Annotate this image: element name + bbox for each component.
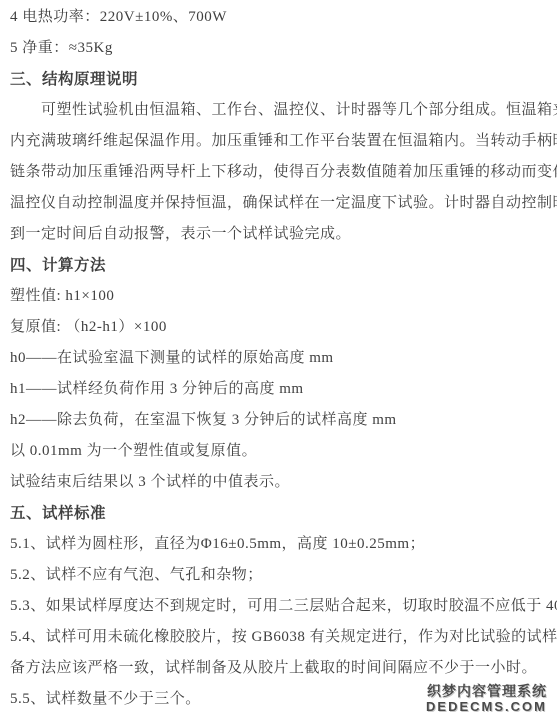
- document-page: 4 电热功率：220V±10%、700W 5 净重：≈35Kg 三、结构原理说明…: [0, 0, 557, 722]
- sample-standard-5-2: 5.2、试样不应有气泡、气孔和杂物；: [10, 560, 549, 591]
- note-result-median: 试验结束后结果以 3 个试样的中值表示。: [10, 467, 549, 498]
- spec-item-power: 4 电热功率：220V±10%、700W: [10, 2, 549, 33]
- dedecms-watermark: 织梦内容管理系统 DEDECMS.COM: [426, 684, 547, 714]
- definition-h2: h2——除去负荷，在室温下恢复 3 分钟后的试样高度 mm: [10, 405, 549, 436]
- sample-standard-5-3: 5.3、如果试样厚度达不到规定时，可用二三层贴合起来，切取时胶温不应低于 40℃…: [10, 591, 549, 622]
- watermark-domain-text: DEDECMS.COM: [426, 699, 547, 714]
- section-3-paragraph-line: 可塑性试验机由恒温箱、工作台、温控仪、计时器等几个部分组成。恒温箱夹层: [10, 95, 549, 126]
- section-5-heading: 五、试样标准: [10, 498, 549, 529]
- note-unit-value: 以 0.01mm 为一个塑性值或复原值。: [10, 436, 549, 467]
- sample-standard-5-4: 5.4、试样可用未硫化橡胶胶片，按 GB6038 有关规定进行，作为对比试验的试…: [10, 622, 549, 653]
- section-3-paragraph-line: 温控仪自动控制温度并保持恒温，确保试样在一定温度下试验。计时器自动控制时间: [10, 188, 549, 219]
- definition-h1: h1——试样经负荷作用 3 分钟后的高度 mm: [10, 374, 549, 405]
- formula-plasticity-value: 塑性值: h1×100: [10, 281, 549, 312]
- watermark-chinese-text: 织梦内容管理系统: [426, 684, 547, 699]
- spec-item-weight: 5 净重：≈35Kg: [10, 33, 549, 64]
- section-4-heading: 四、计算方法: [10, 250, 549, 281]
- formula-recovery-value: 复原值: （h2-h1）×100: [10, 312, 549, 343]
- section-3-paragraph-line: 到一定时间后自动报警，表示一个试样试验完成。: [10, 219, 549, 250]
- definition-h0: h0——在试验室温下测量的试样的原始高度 mm: [10, 343, 549, 374]
- section-3-paragraph-line: 链条带动加压重锤沿两导杆上下移动，使得百分表数值随着加压重锤的移动而变化。: [10, 157, 549, 188]
- section-3-heading: 三、结构原理说明: [10, 64, 549, 95]
- section-3-paragraph-line: 内充满玻璃纤维起保温作用。加压重锤和工作平台装置在恒温箱内。当转动手柄时，: [10, 126, 549, 157]
- sample-standard-5-4-continued: 备方法应该严格一致，试样制备及从胶片上截取的时间间隔应不少于一小时。: [10, 653, 549, 684]
- sample-standard-5-1: 5.1、试样为圆柱形，直径为Φ16±0.5mm，高度 10±0.25mm；: [10, 529, 549, 560]
